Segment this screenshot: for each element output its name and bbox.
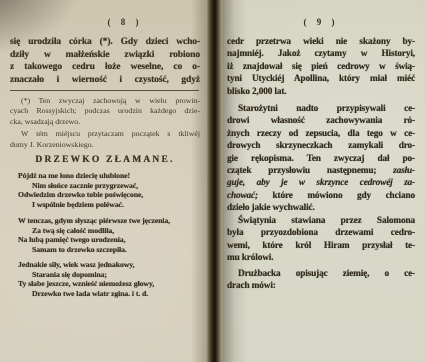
page-number-left: ( 8 ) <box>55 17 195 27</box>
text-line: Samam to drzewko szczepiła. <box>18 245 200 255</box>
poem-stanza-1: Pójdź na me łono dziecię ulubione!Nim sł… <box>18 171 200 210</box>
text-line: Jednakie siły, wiek wasz jednakowy, <box>18 260 200 270</box>
text-line: drowi własność zachowywania ró- <box>227 115 415 127</box>
poem-title: DRZEWKO ZŁAMANE. <box>10 155 200 165</box>
text-line: gie rękopisma. Ten zwyczaj dał po- <box>227 153 415 165</box>
text-line: wemi, które król Hiram przysłał te- <box>227 240 415 252</box>
footnote-rule <box>10 90 199 91</box>
text-line: z takowego cedru łoże weselne, co o- <box>10 61 200 74</box>
text-line: Na lubą pamięć twego urodzenia, <box>18 235 200 245</box>
text-line: się urodziła córka (*). Gdy dzieci wcho- <box>10 36 200 49</box>
text-line: Starania się dopomina; <box>18 270 200 280</box>
text-line: Ty słabe jeszcze, wznieść niemożesz głow… <box>18 279 200 289</box>
text-line: guje, aby je w skrzynce cedrowéj za- <box>227 177 415 189</box>
right-paragraph-4: Drużbacka opisując ziemię, o ce-drach mó… <box>227 268 415 293</box>
text-line: W tenczas, gdym słysząc piérwsze twe jęc… <box>18 216 200 226</box>
text-line: dumy J. Korzeniowskiego. <box>10 140 200 150</box>
text-line: drach mówi: <box>227 280 415 292</box>
text-line: była przyozdobiona drzewami cedro- <box>227 227 415 239</box>
text-line: Starożytni nadto przypisywali ce- <box>227 103 415 115</box>
poem-stanza-3: Jednakie siły, wiek wasz jednakowy,Stara… <box>18 260 200 299</box>
text-line: Świątynia stawiana przez Salomona <box>227 215 415 227</box>
text-line: Drzewko twe lada wiatr zgina. i t. d. <box>18 289 200 299</box>
text-line: czątek przysłowiu następnemu; zasłu- <box>227 165 415 177</box>
text-line: Nim słońce zacznie przygrzewać, <box>18 181 200 191</box>
text-line: dzieło jakie wychwalić. <box>227 202 415 214</box>
text-line: mu królowi. <box>227 252 415 264</box>
text-line: cedr przetrwa wieki nie skażony by- <box>227 36 415 48</box>
text-line: W tém miéjscu przytaczam początek s tkli… <box>10 129 200 139</box>
text-line: Za twą się całość modliła, <box>18 226 200 236</box>
text-line: drowych skrzyneczkach zamykali dro- <box>227 140 415 152</box>
text-line: znaczało i wierność i czystość, gdyż <box>10 74 200 87</box>
footnote: (*) Ten zwyczaj zachowują w wielu prowin… <box>10 96 200 150</box>
poem-stanza-2: W tenczas, gdym słysząc piérwsze twe jęc… <box>18 216 200 255</box>
right-paragraph-1: cedr przetrwa wieki nie skażony by-najmn… <box>227 36 415 98</box>
text-line: (*) Ten zwyczaj zachowują w wielu prowin… <box>10 96 200 106</box>
page-number-right: ( 9 ) <box>227 17 415 27</box>
text-line: Drużbacka opisując ziemię, o ce- <box>227 268 415 280</box>
text-line: cka, wsadzają drzewo. <box>10 117 200 127</box>
left-page: ( 8 ) się urodziła córka (*). Gdy dzieci… <box>0 0 206 362</box>
right-paragraph-3: Świątynia stawiana przez Salomonabyła pr… <box>227 215 415 265</box>
text-line: żnych rzeczy od zepsucia, dla tego w ce- <box>227 128 415 140</box>
text-line: Odwiedzim drzewko tobie poświęcone, <box>18 190 200 200</box>
text-line: Pójdź na me łono dziecię ulubione! <box>18 171 200 181</box>
text-line: tyni Utyckiéj Apollina, który miał miéć <box>227 73 415 85</box>
text-line: iż znajdował się pień cedrowy w świą- <box>227 61 415 73</box>
text-line: cyach Rossyjskich; podczas urodzin każde… <box>10 106 200 116</box>
right-page: ( 9 ) cedr przetrwa wieki nie skażony by… <box>222 0 425 362</box>
text-line: dziły w małżeńskie związki robiono <box>10 49 200 62</box>
text-line: I wspólnie będziem poléwać. <box>18 200 200 210</box>
book-spread: ( 8 ) się urodziła córka (*). Gdy dzieci… <box>0 0 425 362</box>
text-line: chować; które mówiono gdy chciano <box>227 190 415 202</box>
text-line: blisko 2,000 lat. <box>227 86 415 98</box>
text-line: najmniéj. Jakoż czytamy w Historyi, <box>227 48 415 60</box>
right-paragraph-2: Starożytni nadto przypisywali ce-drowi w… <box>227 103 415 215</box>
left-body-paragraph: się urodziła córka (*). Gdy dzieci wcho-… <box>10 36 200 87</box>
book-spine-gutter <box>206 0 222 362</box>
